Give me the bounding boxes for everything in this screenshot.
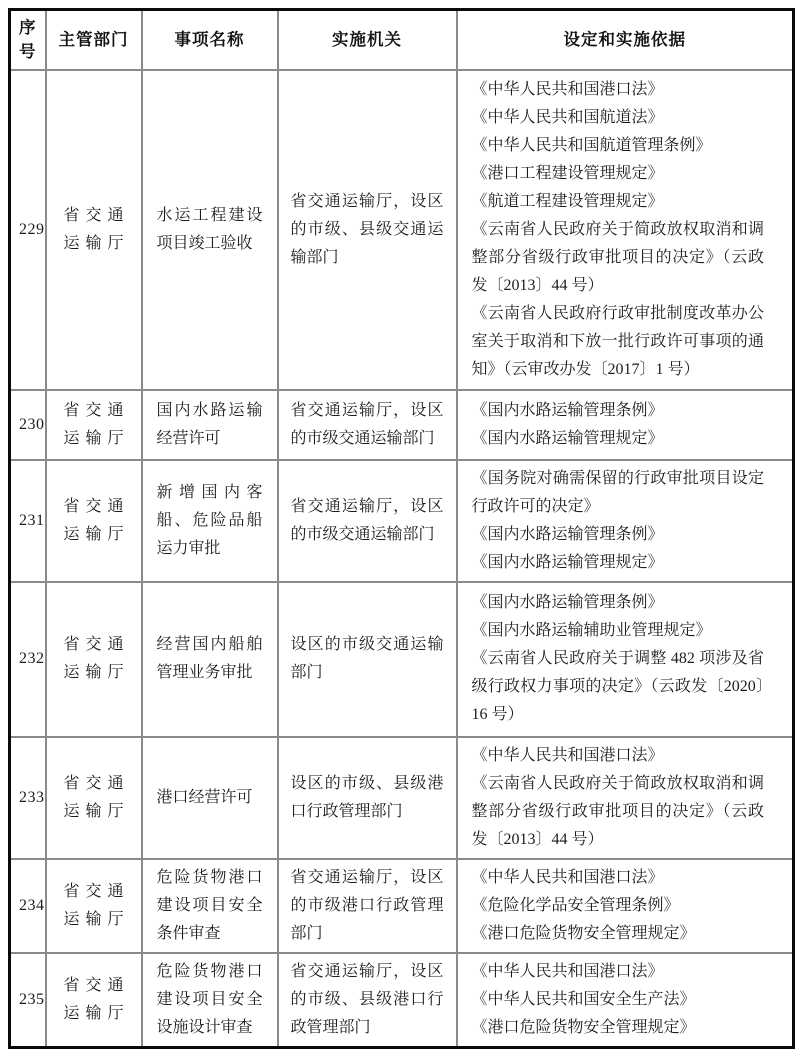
table-row: 232 省交通运输厅 经营国内船舶管理业务审批 设区的市级交通运输部门 《国内水…: [10, 582, 794, 737]
basis-ref: 《中华人民共和国港口法》: [472, 958, 765, 986]
implementing-agency: 设区的市级、县级港口行政管理部门: [278, 737, 457, 859]
implementing-agency: 省交通运输厅，设区的市级、县级交通运输部门: [278, 70, 457, 390]
serial-number: 234: [10, 859, 46, 953]
serial-number: 230: [10, 390, 46, 460]
basis-ref: 《国内水路运输管理规定》: [472, 549, 765, 577]
basis-ref: 《国内水路运输辅助业管理规定》: [472, 617, 765, 645]
basis-ref: 《港口工程建设管理规定》: [472, 160, 765, 188]
serial-number: 231: [10, 460, 46, 582]
basis-ref: 《国内水路运输管理条例》: [472, 589, 765, 617]
item-name: 水运工程建设项目竣工验收: [142, 70, 278, 390]
header-implementing-agency: 实施机关: [278, 10, 457, 70]
basis-ref: 《云南省人民政府行政审批制度改革办公室关于取消和下放一批行政许可事项的通知》（云…: [472, 300, 765, 384]
item-name: 经营国内船舶管理业务审批: [142, 582, 278, 737]
approval-items-table: 序号 主管部门 事项名称 实施机关 设定和实施依据 229 省交通运输厅 水运工…: [8, 8, 795, 1049]
item-name: 新增国内客船、危险品船运力审批: [142, 460, 278, 582]
header-serial-number: 序号: [10, 10, 46, 70]
serial-number: 232: [10, 582, 46, 737]
table-row: 234 省交通运输厅 危险货物港口建设项目安全条件审查 省交通运输厅，设区的市级…: [10, 859, 794, 953]
basis-ref: 《中华人民共和国港口法》: [472, 742, 765, 770]
implementing-agency: 省交通运输厅，设区的市级交通运输部门: [278, 390, 457, 460]
department: 省交通运输厅: [46, 390, 142, 460]
basis-ref: 《中华人民共和国港口法》: [472, 864, 765, 892]
department: 省交通运输厅: [46, 582, 142, 737]
implementing-agency: 省交通运输厅，设区的市级港口行政管理部门: [278, 859, 457, 953]
basis-ref: 《国内水路运输管理条例》: [472, 521, 765, 549]
basis-ref: 《危险化学品安全管理条例》: [472, 892, 765, 920]
table-row: 229 省交通运输厅 水运工程建设项目竣工验收 省交通运输厅，设区的市级、县级交…: [10, 70, 794, 390]
table-row: 235 省交通运输厅 危险货物港口建设项目安全设施设计审查 省交通运输厅，设区的…: [10, 953, 794, 1048]
item-name: 国内水路运输经营许可: [142, 390, 278, 460]
legal-basis: 《中华人民共和国港口法》 《云南省人民政府关于简政放权取消和调整部分省级行政审批…: [457, 737, 794, 859]
header-item-name: 事项名称: [142, 10, 278, 70]
item-name: 港口经营许可: [142, 737, 278, 859]
basis-ref: 《国内水路运输管理规定》: [472, 425, 765, 453]
legal-basis: 《中华人民共和国港口法》 《危险化学品安全管理条例》 《港口危险货物安全管理规定…: [457, 859, 794, 953]
basis-ref: 《航道工程建设管理规定》: [472, 188, 765, 216]
legal-basis: 《中华人民共和国港口法》 《中华人民共和国安全生产法》 《港口危险货物安全管理规…: [457, 953, 794, 1048]
department: 省交通运输厅: [46, 70, 142, 390]
basis-ref: 《中华人民共和国航道管理条例》: [472, 132, 765, 160]
serial-number: 229: [10, 70, 46, 390]
basis-ref: 《国务院对确需保留的行政审批项目设定行政许可的决定》: [472, 465, 765, 521]
department: 省交通运输厅: [46, 460, 142, 582]
table-header-row: 序号 主管部门 事项名称 实施机关 设定和实施依据: [10, 10, 794, 70]
basis-ref: 《中华人民共和国航道法》: [472, 104, 765, 132]
table-row: 230 省交通运输厅 国内水路运输经营许可 省交通运输厅，设区的市级交通运输部门…: [10, 390, 794, 460]
basis-ref: 《国内水路运输管理条例》: [472, 397, 765, 425]
basis-ref: 《港口危险货物安全管理规定》: [472, 1014, 765, 1042]
serial-number: 233: [10, 737, 46, 859]
table-row: 233 省交通运输厅 港口经营许可 设区的市级、县级港口行政管理部门 《中华人民…: [10, 737, 794, 859]
serial-number: 235: [10, 953, 46, 1048]
implementing-agency: 省交通运输厅，设区的市级交通运输部门: [278, 460, 457, 582]
header-department: 主管部门: [46, 10, 142, 70]
basis-ref: 《云南省人民政府关于简政放权取消和调整部分省级行政审批项目的决定》（云政发〔20…: [472, 770, 765, 854]
legal-basis: 《国内水路运输管理条例》 《国内水路运输管理规定》: [457, 390, 794, 460]
basis-ref: 《港口危险货物安全管理规定》: [472, 920, 765, 948]
basis-ref: 《云南省人民政府关于简政放权取消和调整部分省级行政审批项目的决定》（云政发〔20…: [472, 216, 765, 300]
department: 省交通运输厅: [46, 737, 142, 859]
implementing-agency: 设区的市级交通运输部门: [278, 582, 457, 737]
department: 省交通运输厅: [46, 953, 142, 1048]
basis-ref: 《云南省人民政府关于调整 482 项涉及省级行政权力事项的决定》（云政发〔202…: [472, 645, 765, 729]
item-name: 危险货物港口建设项目安全条件审查: [142, 859, 278, 953]
implementing-agency: 省交通运输厅，设区的市级、县级港口行政管理部门: [278, 953, 457, 1048]
legal-basis: 《国务院对确需保留的行政审批项目设定行政许可的决定》 《国内水路运输管理条例》 …: [457, 460, 794, 582]
item-name: 危险货物港口建设项目安全设施设计审查: [142, 953, 278, 1048]
basis-ref: 《中华人民共和国安全生产法》: [472, 986, 765, 1014]
table-row: 231 省交通运输厅 新增国内客船、危险品船运力审批 省交通运输厅，设区的市级交…: [10, 460, 794, 582]
header-legal-basis: 设定和实施依据: [457, 10, 794, 70]
basis-ref: 《中华人民共和国港口法》: [472, 76, 765, 104]
legal-basis: 《国内水路运输管理条例》 《国内水路运输辅助业管理规定》 《云南省人民政府关于调…: [457, 582, 794, 737]
legal-basis: 《中华人民共和国港口法》 《中华人民共和国航道法》 《中华人民共和国航道管理条例…: [457, 70, 794, 390]
department: 省交通运输厅: [46, 859, 142, 953]
